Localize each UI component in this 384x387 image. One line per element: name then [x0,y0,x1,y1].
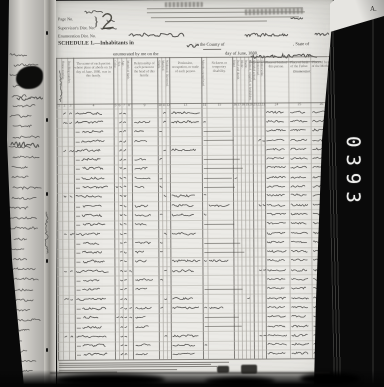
handwriting-entry [120,157,122,163]
bottom-blob [205,377,275,386]
handwriting-entry [171,110,200,116]
empty-columns-dash [204,159,240,160]
handwriting-entry [260,332,262,338]
handwriting-entry [135,119,153,125]
handwriting-entry [268,314,287,320]
fragment-handwriting-row [13,123,34,129]
handwriting-entry [291,155,308,161]
column-number: 24 [270,102,283,106]
handwriting-entry [204,119,207,125]
fragment-handwriting-row [10,113,32,119]
marginal-handwriting [291,15,303,21]
handwriting-entry [267,230,286,236]
fragment-handwriting-row [14,276,40,282]
handwriting-entry [291,230,308,236]
handwriting-entry [84,315,101,321]
handwriting-entry [173,305,200,311]
ditto-dash [77,346,81,347]
handwriting-entry [71,334,75,340]
handwriting-entry [116,184,118,190]
handwriting-entry [82,287,102,293]
column-number: 4 [82,103,104,107]
handwriting-entry [259,137,261,143]
handwriting-entry [160,212,162,218]
handwriting-entry [164,193,166,199]
handwriting-entry [84,259,108,265]
handwriting-entry [125,352,128,358]
handwriting-entry [267,239,286,245]
handwriting-entry [266,109,285,115]
census-table: 1House number.2Dwelling number.3The name… [56,56,334,360]
handwriting-entry [135,203,150,209]
handwriting-entry [267,221,286,227]
handwriting-entry [291,127,308,133]
handwriting-entry [124,157,127,163]
fragment-handwriting-row [13,154,42,160]
handwriting-entry [121,333,123,339]
handwriting-entry [120,222,122,228]
handwriting-entry [267,137,286,143]
fragment-handwriting-row [12,174,30,180]
handwriting-entry [259,267,261,273]
handwriting-entry [268,304,287,310]
fragment-handwriting-row [13,297,36,303]
handwriting-entry [120,119,122,125]
handwriting-entry [210,305,227,311]
fragment-handwriting-row [11,246,26,252]
handwriting-entry [172,268,195,274]
handwriting-entry [64,120,68,126]
handwriting-entry [268,342,287,348]
handwriting-entry [204,212,207,218]
ditto-dash [77,355,81,356]
column-number: 10 [158,103,160,107]
handwriting-entry [267,156,286,162]
handwriting-entry [77,296,108,302]
handwriting-entry [173,351,197,357]
handwriting-entry [121,352,123,358]
column-header-bp_father: Place of birth of the Father. [289,60,309,98]
handwriting-entry [83,240,102,246]
handwriting-entry [120,259,122,265]
handwriting-entry [81,138,106,144]
handwriting-entry [173,342,197,348]
place-name-handwriting [129,30,187,40]
fragment-handwriting-row [14,236,29,242]
ditto-dash [76,178,80,179]
binding-stitch [46,118,49,122]
fragment-handwriting-row [12,164,29,170]
ditto-dash [76,169,80,170]
handwriting-entry [63,110,67,116]
handwriting-entry [267,202,286,208]
handwriting-entry [120,268,122,274]
handwriting-entry [120,184,122,190]
ditto-dash [77,309,81,310]
ditto-dash [77,327,81,328]
handwriting-entry [83,324,102,330]
column-header-cannot_write: Cannot write. [260,60,264,101]
ditto-dash [76,225,80,226]
handwriting-entry [64,231,68,237]
handwriting-entry [173,333,202,339]
handwriting-entry [120,175,122,181]
handwriting-entry [121,343,123,349]
handwriting-entry [135,166,149,172]
blank-underline [203,49,221,50]
handwriting-entry [76,119,105,125]
handwriting-entry [135,259,148,265]
handwriting-entry [172,258,201,264]
handwriting-entry [292,351,309,357]
handwriting-entry [136,352,148,358]
handwriting-entry [124,212,127,218]
handwriting-entry [124,222,127,228]
handwriting-entry [135,240,151,246]
handwriting-entry [121,287,123,293]
fragment-handwriting-row [9,215,38,221]
handwriting-entry [164,268,166,274]
brace-mark: } [93,14,99,30]
handwriting-entry [164,147,166,153]
column-number: 17 [237,102,239,106]
handwriting-entry [291,258,308,264]
handwriting-entry [164,231,166,237]
handwriting-entry [267,193,286,199]
ditto-dash [77,318,81,319]
handwriting-entry [291,165,308,171]
handwriting-entry [120,240,122,246]
ditto-dash [77,281,81,282]
column-number: 7 [123,103,126,107]
handwriting-entry [70,231,74,237]
printers-imprint-smudge [165,2,203,7]
column-number: 23 [261,102,263,106]
handwriting-entry [120,166,122,172]
column-header-unemployed: Months unemployed. [201,60,206,101]
handwriting-entry [292,276,309,282]
ditto-dash [76,253,80,254]
ditto-dash [76,141,80,142]
column-number: 5 [114,103,116,107]
empty-columns-dash [204,177,232,178]
handwriting-entry [135,249,146,255]
handwriting-entry [124,240,127,246]
handwriting-entry [69,110,73,116]
handwriting-entry [130,315,133,321]
handwriting-entry [291,239,308,245]
handwriting-entry [120,129,122,135]
handwriting-entry [125,324,128,330]
handwriting-entry [82,250,103,256]
handwriting-entry [81,157,100,163]
handwriting-entry [165,333,167,339]
binding-stitch [46,192,49,196]
handwriting-entry [291,183,308,189]
scanned-census-microfilm-frame: { "film": { "number": "0393" }, "colors"… [0,0,384,387]
handwriting-entry [160,184,162,190]
handwriting-entry [135,128,148,134]
handwriting-entry [160,240,162,246]
handwriting-entry [292,304,309,310]
empty-columns-dash [205,326,242,327]
handwriting-entry [124,231,127,237]
handwriting-entry [291,211,308,217]
handwriting-entry [83,166,104,172]
handwriting-entry [120,194,122,200]
column-number: 8 [128,103,131,107]
fragment-handwriting-row [10,52,28,58]
column-number: 21 [253,102,255,106]
film-edge-faint-line [372,0,374,387]
handwriting-entry [267,174,286,180]
handwriting-entry [121,324,123,330]
fragment-handwriting-row [10,266,39,272]
handwriting-entry [172,203,195,209]
handwriting-word [17,92,43,104]
handwriting-entry [119,110,121,116]
handwriting-entry [263,202,265,208]
handwriting-entry [292,286,309,292]
handwriting-entry [124,268,127,274]
column-number: 9 [137,103,151,107]
handwriting-entry [121,296,123,302]
handwriting-entry [209,202,231,208]
column-number: 2 [63,103,66,107]
handwriting-entry [259,202,261,208]
handwriting-entry [268,286,287,292]
handwriting-entry [123,110,126,116]
handwriting-entry [124,194,127,200]
handwriting-entry [267,146,286,152]
handwriting-entry [172,147,200,153]
handwriting-entry [267,267,286,273]
column-header-sickness: Sickness or temporary disability. [207,61,231,99]
handwriting-entry [84,352,110,358]
bottom-blob [300,373,360,385]
handwriting-entry [117,315,119,321]
handwriting-entry [263,137,265,143]
handwriting-entry [124,203,127,209]
handwriting-entry [135,212,153,218]
handwriting-entry [292,313,309,319]
ditto-dash [76,243,80,244]
handwriting-entry [124,147,127,153]
handwriting-entry [161,305,163,311]
handwriting-entry [268,276,287,282]
column-number: 19 [245,102,247,106]
handwriting-entry [124,119,127,125]
handwriting-entry [172,230,196,236]
day-handwriting [187,42,201,49]
handwriting-entry [83,222,108,228]
film-frame-number: 0393 [338,136,364,246]
handwriting-entry [71,296,75,302]
handwriting-entry [291,267,308,273]
binding-stitch [46,259,49,263]
column-header-widowed: Widowed. Divorced. [165,60,169,101]
handwriting-entry [291,137,308,143]
handwriting-entry [70,148,74,154]
handwriting-entry [83,343,107,349]
handwriting-entry [64,148,68,154]
handwriting-entry [70,194,74,200]
handwriting-entry [64,194,68,200]
handwriting-entry [124,250,127,256]
handwriting-entry [135,175,151,181]
empty-columns-dash [204,140,234,141]
handwriting-entry [125,305,128,311]
handwriting-entry [290,109,307,115]
column-number: 11 [162,103,164,107]
column-header-occupation: Profession, occupation, or trade of each… [170,61,200,99]
county-name-handwriting [245,30,289,39]
census-page: Page No. Supervisor's Dist. No. Enumerat… [55,0,335,387]
handwriting-entry [136,342,154,348]
handwriting-entry [136,314,147,320]
handwriting-entry [77,333,107,339]
handwriting-entry [205,305,208,311]
handwriting-entry [120,138,122,144]
handwriting-entry [268,295,287,301]
handwriting-entry [268,351,287,357]
handwriting-entry [120,231,122,237]
handwriting-entry [136,305,153,311]
fragment-handwriting-row [13,256,30,262]
handwriting-entry [160,156,162,162]
handwriting-entry [125,277,128,283]
handwriting-entry [84,278,102,284]
handwriting-entry [205,342,208,348]
handwriting-entry [267,128,286,134]
handwriting-entry [121,305,123,311]
bottom-blob [55,374,165,386]
column-number: 12 [166,103,168,107]
column-number: 1 [58,103,61,107]
column-header-dwelling: Dwelling number. [67,61,73,102]
fragment-handwriting-row [10,225,40,231]
column-number: 18 [241,102,243,106]
handwriting-entry [76,147,103,153]
handwriting-entry [83,129,105,135]
handwriting-entry [136,287,148,293]
handwriting-entry [291,220,308,226]
column-number: 20 [249,102,251,106]
handwriting-entry [160,128,162,134]
handwriting-entry [264,332,266,338]
fragment-handwriting-row [12,195,38,201]
handwriting-entry [64,268,68,274]
handwriting-word [11,138,41,151]
column-header-month_born: Month of birth. [126,60,131,101]
handwriting-entry [120,212,122,218]
handwriting-entry [125,287,128,293]
handwriting-entry [204,193,207,199]
column-header-relationship: Relationship of each person to the head … [132,61,156,99]
ditto-dash [76,132,80,133]
handwriting-entry [292,332,309,338]
handwriting-entry [163,110,165,116]
handwriting-entry [172,212,195,218]
handwriting-entry [135,184,146,190]
handwriting-entry [164,119,166,125]
handwriting-entry [172,193,198,199]
handwriting-entry [292,341,309,347]
corner-letter-mark: A. [370,5,377,13]
handwriting-entry [173,296,195,302]
ditto-dash [77,290,81,291]
column-number: 16 [233,102,235,106]
handwriting-entry [291,174,308,180]
column-number: 3 [69,103,72,107]
handwriting-entry [267,249,286,255]
handwriting-entry [121,277,123,283]
handwriting-entry [125,296,128,302]
handwriting-entry [291,118,308,124]
handwriting-entry [263,267,265,273]
handwriting-entry [160,249,162,255]
handwriting-entry [124,259,127,265]
handwriting-entry [268,323,287,329]
binding-stitch [46,31,49,35]
handwriting-entry [83,185,109,191]
handwriting-entry [125,333,128,339]
ink-blot [16,66,43,89]
handwriting-entry [124,184,127,190]
handwriting-entry [135,156,147,162]
handwriting-entry [248,295,250,301]
handwriting-entry [129,268,132,274]
binding-stitch [46,348,49,352]
handwriting-entry [267,258,286,264]
handwriting-entry [125,343,128,349]
handwriting-entry [235,174,237,180]
ditto-dash [76,160,80,161]
column-number: 13 [177,103,195,107]
handwriting-entry [209,258,230,264]
handwriting-entry [76,194,104,200]
handwriting-entry [76,268,110,274]
handwriting-entry [291,146,308,152]
column-header-name: The name of each person whose place of a… [74,62,112,100]
handwriting-entry [124,166,127,172]
handwriting-entry [70,268,74,274]
handwriting-entry [268,332,287,338]
handwriting-entry [65,334,69,340]
empty-columns-dash [204,187,235,188]
empty-columns-dash [204,224,234,225]
handwriting-entry [135,221,147,227]
handwriting-entry [165,296,167,302]
handwriting-entry [136,277,154,283]
column-number: 6 [118,103,120,107]
handwriting-entry [172,119,201,125]
handwriting-entry [204,258,207,264]
column-number: 22 [257,102,259,106]
handwriting-entry [130,305,133,311]
handwriting-entry [136,324,149,330]
handwriting-entry [292,295,309,301]
column-number: 14 [203,102,206,106]
empty-columns-dash [205,317,239,318]
handwriting-entry [135,138,150,144]
handwriting-entry [124,129,127,135]
handwriting-entry [83,203,103,209]
column-number: 25 [293,102,305,106]
handwriting-entry [65,296,69,302]
handwriting-entry [120,250,122,256]
handwriting-entry [291,202,308,208]
